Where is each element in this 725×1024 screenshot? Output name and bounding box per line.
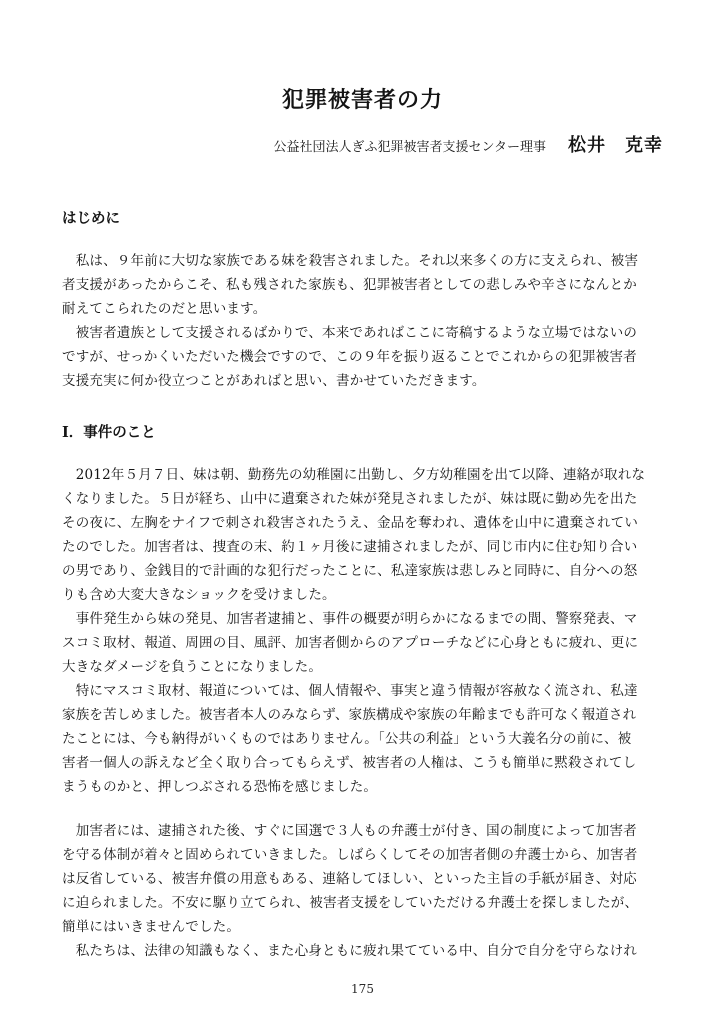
paragraph-incident-3: 特にマスコミ取材、報道については、個人情報や、事実と違う情報が容赦なく流され、私… bbox=[62, 679, 663, 799]
author-name: 松井 克幸 bbox=[568, 135, 663, 156]
author-line: 公益社団法人ぎふ犯罪被害者支援センター理事松井 克幸 bbox=[62, 133, 663, 161]
page-number: 175 bbox=[0, 982, 725, 996]
paragraph-incident-2: 事件発生から妹の発見、加害者逮捕と、事件の概要が明らかになるまでの間、警察発表、… bbox=[62, 607, 663, 679]
paragraph-intro-1: 私は、９年前に大切な家族である妹を殺害されました。それ以来多くの方に支えられ、被… bbox=[62, 249, 663, 321]
author-affiliation: 公益社団法人ぎふ犯罪被害者支援センター理事 bbox=[274, 140, 546, 155]
paragraph-incident-5: 私たちは、法律の知識もなく、また心身ともに疲れ果てている中、自分で自分を守らなけ… bbox=[62, 939, 663, 963]
paragraph-incident-4: 加害者には、逮捕された後、すぐに国選で３人もの弁護士が付き、国の制度によって加害… bbox=[62, 819, 663, 939]
paragraph-incident-1: 2012年５月７日、妹は朝、勤務先の幼稚園に出勤し、夕方幼稚園を出て以降、連絡が… bbox=[62, 463, 663, 607]
section-heading-jiken-no-koto: Ⅰ．事件のこと bbox=[62, 421, 663, 445]
section-heading-hajimeni: はじめに bbox=[62, 207, 663, 231]
document-title: 犯罪被害者の力 bbox=[62, 85, 663, 115]
document-page: 犯罪被害者の力 公益社団法人ぎふ犯罪被害者支援センター理事松井 克幸 はじめに … bbox=[0, 0, 725, 1024]
paragraph-intro-2: 被害者遺族として支援されるばかりで、本来であればここに寄稿するような立場ではない… bbox=[62, 321, 663, 393]
